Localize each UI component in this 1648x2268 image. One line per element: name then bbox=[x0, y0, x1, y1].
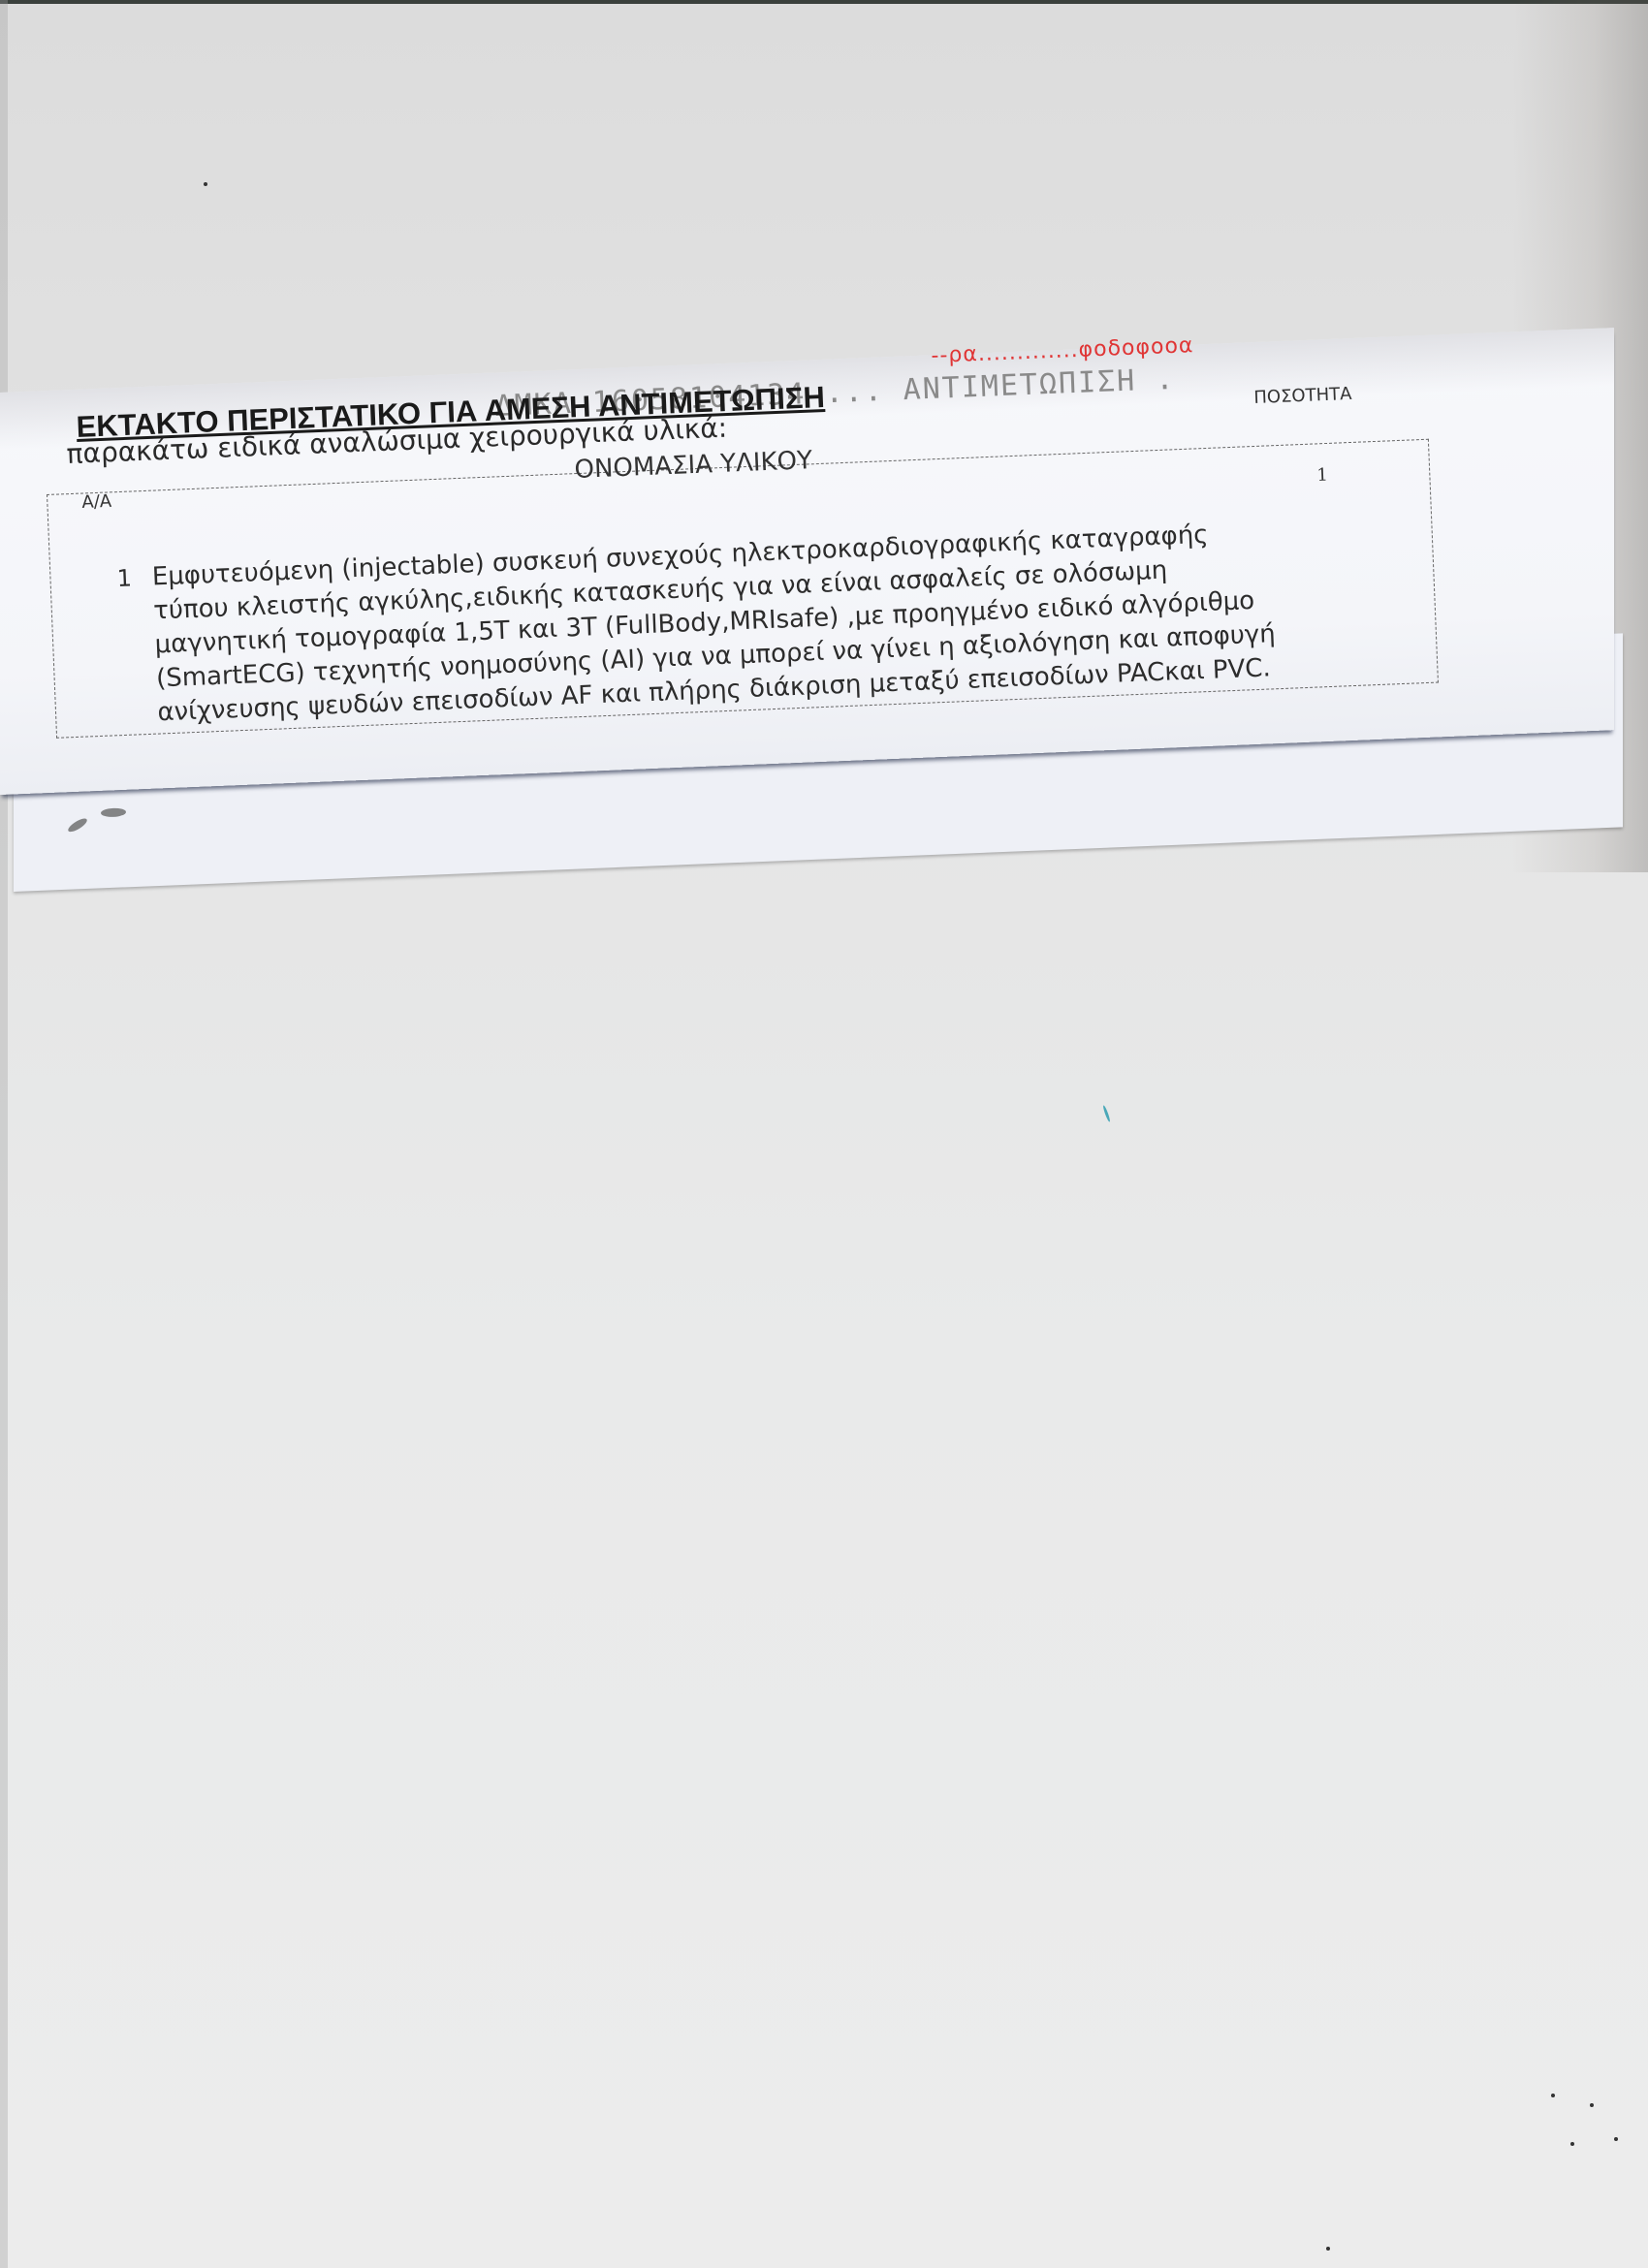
dust-speck bbox=[1551, 2094, 1555, 2097]
dust-speck bbox=[1570, 2142, 1574, 2146]
scan-left-edge bbox=[0, 0, 8, 2268]
dust-speck bbox=[204, 182, 207, 186]
dust-speck bbox=[1590, 2103, 1594, 2107]
ink-smudge bbox=[66, 816, 88, 835]
column-header-index: Α/Α bbox=[81, 491, 112, 513]
row-quantity: 1 bbox=[1316, 465, 1328, 486]
scan-top-edge bbox=[0, 0, 1648, 4]
ink-mark bbox=[1102, 1105, 1111, 1122]
dust-speck bbox=[1326, 2247, 1330, 2251]
column-header-quantity: ΠΟΣΟΤΗΤΑ bbox=[1253, 384, 1352, 408]
dust-speck bbox=[1614, 2137, 1618, 2141]
row-index: 1 bbox=[116, 561, 144, 596]
ink-smudge bbox=[101, 807, 126, 817]
